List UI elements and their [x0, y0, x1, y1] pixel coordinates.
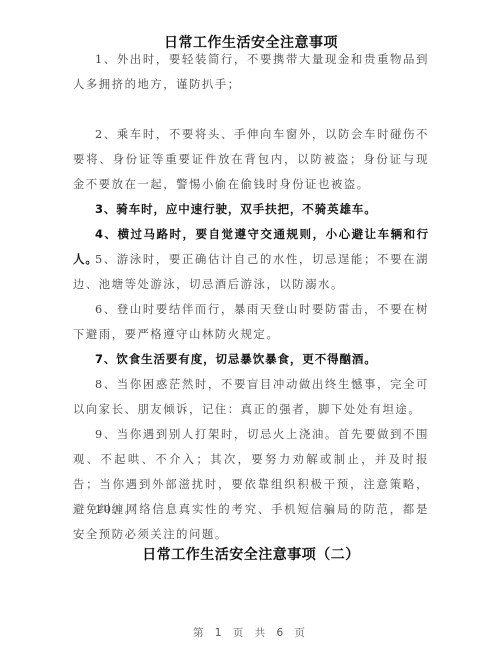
paragraph-3: 3、骑车时，应中速行驶，双手扶把，不骑英雄车。: [73, 197, 429, 222]
paragraph-2: 2、乘车时，不要将头、手伸向车窗外，以防会车时碰伤不要将、身份证等重要证件放在背…: [73, 122, 429, 197]
paragraph-10: 10、网络信息真实性的考究、手机短信骗局的防范，都是安全预防必须关注的问题。: [73, 497, 429, 547]
paragraph-6: 6、登山时要结伴而行，暴雨天登山时要防雷击，不要在树下避雨，要严格遵守山林防火规…: [73, 297, 429, 347]
paragraph-7: 7、饮食生活要有度，切忌暴饮暴食，更不得酗酒。: [73, 347, 429, 372]
document-page: 日常工作生活安全注意事项 1、外出时，要轻装简行，不要携带大量现金和贵重物品到人…: [0, 0, 502, 649]
paragraph-5: 5、游泳时，要正确估计自己的水性，切忌逞能；不要在湖边、池塘等处游泳，切忌酒后游…: [73, 247, 429, 297]
page-number-footer: 第 1 页 共 6 页: [0, 625, 502, 640]
paragraph-1: 1、外出时，要轻装简行，不要携带大量现金和贵重物品到人多拥挤的地方，谨防扒手；: [73, 47, 429, 97]
second-section-title: 日常工作生活安全注意事项（二）: [0, 544, 502, 564]
paragraph-8: 8、当你困惑茫然时，不要盲目冲动做出终生憾事，完全可以向家长、朋友倾诉，记住：真…: [73, 372, 429, 422]
